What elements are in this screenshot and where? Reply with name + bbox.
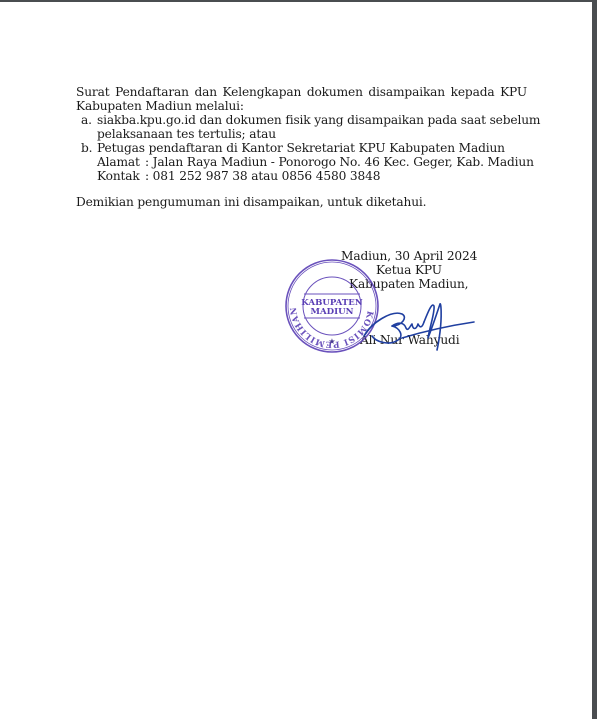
item-b-line-1: Petugas pendaftaran di Kantor Sekretaria… [97, 141, 505, 155]
item-a-line-1: siakba.kpu.go.id dan dokumen fisik yang … [97, 113, 540, 127]
intro-line-2: Kabupaten Madiun melalui: [76, 99, 244, 113]
handwritten-signature-icon [362, 292, 477, 352]
intro-line-1: Surat Pendaftaran dan Kelengkapan dokume… [76, 85, 527, 99]
address-label: Alamat [97, 155, 140, 169]
stamp-star-icon: ★ [328, 337, 335, 346]
signature-title-1: Ketua KPU [376, 263, 442, 277]
document-page: Surat Pendaftaran dan Kelengkapan dokume… [0, 2, 592, 719]
list-marker-a: a. [81, 113, 92, 127]
list-marker-b: b. [81, 141, 92, 155]
address-value: : Jalan Raya Madiun - Ponorogo No. 46 Ke… [145, 155, 534, 169]
closing-text: Demikian pengumuman ini disampaikan, unt… [76, 195, 426, 209]
viewer-scrollbar-track[interactable] [592, 0, 597, 719]
item-a-line-2: pelaksanaan tes tertulis; atau [97, 127, 276, 141]
contact-value: : 081 252 987 38 atau 0856 4580 3848 [145, 169, 380, 183]
stamp-center-line-2: MADIUN [310, 307, 353, 317]
contact-label: Kontak [97, 169, 140, 183]
